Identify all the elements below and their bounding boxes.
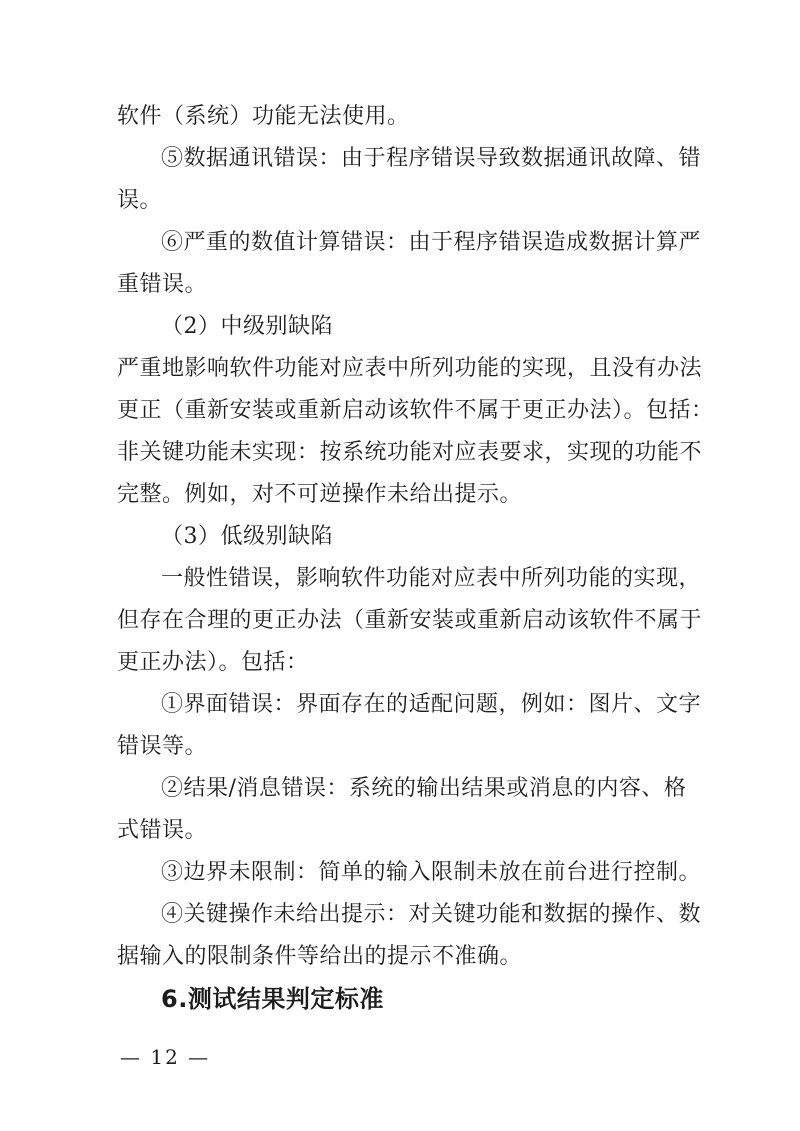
text-line: 误。 bbox=[117, 180, 699, 222]
text-line: 据输入的限制条件等给出的提示不准确。 bbox=[117, 936, 699, 978]
document-body: 软件（系统）功能无法使用。⑤数据通讯错误：由于程序错误导致数据通讯故障、错误。⑥… bbox=[117, 96, 699, 1020]
text-line: ④关键操作未给出提示：对关键功能和数据的操作、数 bbox=[117, 894, 699, 936]
text-line: ③边界未限制：简单的输入限制未放在前台进行控制。 bbox=[117, 852, 699, 894]
text-line: 更正（重新安装或重新启动该软件不属于更正办法）。包括： bbox=[117, 390, 699, 432]
text-line: （3）低级别缺陷 bbox=[117, 516, 699, 558]
text-line: 错误等。 bbox=[117, 726, 699, 768]
document-page: 软件（系统）功能无法使用。⑤数据通讯错误：由于程序错误导致数据通讯故障、错误。⑥… bbox=[0, 0, 800, 1131]
text-line: 完整。例如，对不可逆操作未给出提示。 bbox=[117, 474, 699, 516]
text-line: ⑥严重的数值计算错误：由于程序错误造成数据计算严 bbox=[117, 222, 699, 264]
text-line: ①界面错误：界面存在的适配问题，例如：图片、文字 bbox=[117, 684, 699, 726]
text-line: ②结果/消息错误：系统的输出结果或消息的内容、格 bbox=[117, 768, 699, 810]
text-line: 重错误。 bbox=[117, 264, 699, 306]
text-line: 非关键功能未实现：按系统功能对应表要求，实现的功能不 bbox=[117, 432, 699, 474]
page-number: — 12 — bbox=[120, 1037, 210, 1077]
text-line: 但存在合理的更正办法（重新安装或重新启动该软件不属于 bbox=[117, 600, 699, 642]
section-heading: 6.测试结果判定标准 bbox=[117, 978, 699, 1020]
text-line: 一般性错误，影响软件功能对应表中所列功能的实现， bbox=[117, 558, 699, 600]
text-line: 更正办法）。包括： bbox=[117, 642, 699, 684]
text-line: 软件（系统）功能无法使用。 bbox=[117, 96, 699, 138]
text-line: 严重地影响软件功能对应表中所列功能的实现，且没有办法 bbox=[117, 348, 699, 390]
text-line: （2）中级别缺陷 bbox=[117, 306, 699, 348]
text-line: 式错误。 bbox=[117, 810, 699, 852]
text-line: ⑤数据通讯错误：由于程序错误导致数据通讯故障、错 bbox=[117, 138, 699, 180]
